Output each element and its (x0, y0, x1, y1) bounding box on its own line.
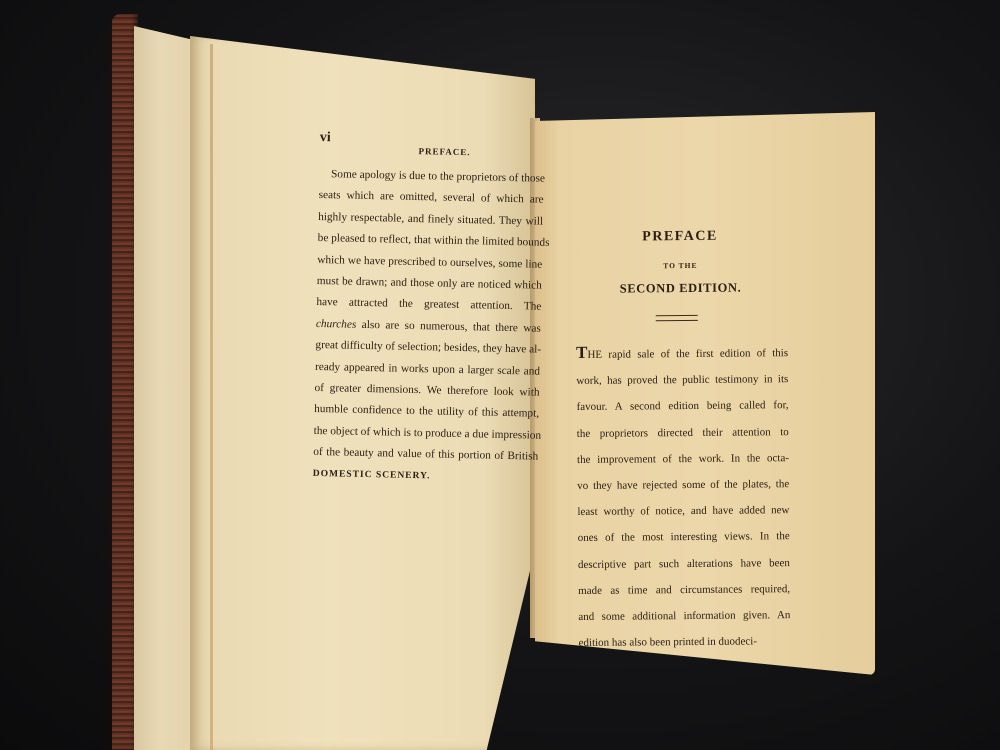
text-line: least worthy of notice, and have added n… (577, 497, 789, 525)
right-page-body: THE rapid sale of the first edition of t… (576, 338, 791, 656)
text-line: made as time and circumstances required, (578, 576, 790, 604)
text-line: descriptive part such alterations have b… (578, 550, 790, 578)
page-number: vi (320, 130, 331, 146)
italic-word: churches (316, 318, 357, 331)
gutter-fold (210, 44, 213, 750)
endpaper-strip (134, 26, 196, 750)
text-line: the proprietors directed their attention… (577, 419, 789, 447)
text-line: edition has also been printed in duodeci… (578, 628, 790, 656)
drop-cap: T (576, 343, 588, 362)
left-page-body: Some apology is due to the proprietors o… (313, 164, 545, 490)
text-line: favour. A second edition being called fo… (576, 393, 788, 421)
preface-title: PREFACE (575, 228, 785, 246)
text-line: work, has proved the public testimony in… (576, 366, 788, 394)
text-line: ones of the most interesting views. In t… (578, 524, 790, 552)
double-rule-divider (656, 315, 698, 321)
text-line: THE rapid sale of the first edition of t… (576, 338, 788, 368)
preface-subtitle-small: TO THE (575, 260, 785, 271)
text-line: and some additional information given. A… (578, 602, 790, 630)
preface-subtitle: SECOND EDITION. (575, 280, 785, 297)
book-photo: vi PREFACE. Some apology is due to the p… (0, 0, 1000, 750)
text-line: vo they have rejected some of the plates… (577, 471, 789, 499)
text-line: the improvement of the work. In the octa… (577, 445, 789, 473)
